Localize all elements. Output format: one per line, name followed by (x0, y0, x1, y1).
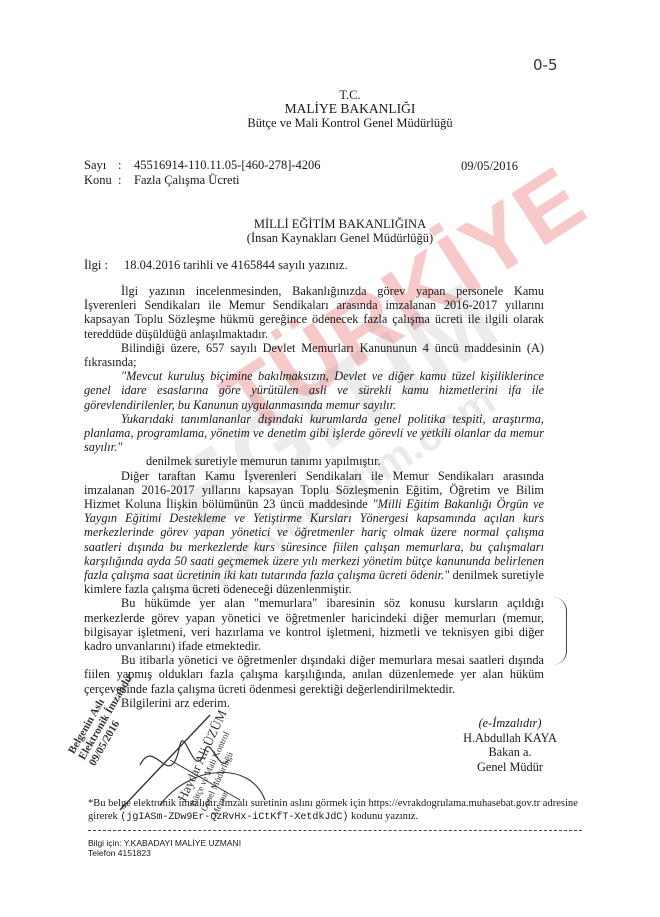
signer-name: H.Abdullah KAYA (440, 731, 580, 746)
letterhead-ministry: MALİYE BAKANLIĞI (200, 102, 500, 116)
sayi-value: 45516914-110.11.05-[460-278]-4206 (134, 158, 321, 173)
contact-phone: Telefon 4151823 (88, 848, 241, 858)
verification-footnote: *Bu belge elektronik imzalıdır. İmzalı s… (88, 797, 588, 824)
signer-title-1: Bakan a. (440, 745, 580, 760)
reference-value: 18.04.2016 tarihli ve 4165844 sayılı yaz… (124, 258, 348, 273)
signature-block: (e-İmzalıdır) H.Abdullah KAYA Bakan a. G… (440, 716, 580, 774)
paragraph-6: Bu itibarla yönetici ve öğretmenler dışı… (84, 653, 544, 696)
sayi-row: Sayı : 45516914-110.11.05-[460-278]-4206 (84, 158, 321, 173)
paragraph-2: Bilindiği üzere, 657 sayılı Devlet Memur… (84, 341, 544, 369)
addressee: MİLLİ EĞİTİM BAKANLIĞINA (İnsan Kaynakla… (150, 217, 530, 245)
quote-1: "Mevcut kuruluş biçimine bakılmaksızın, … (84, 369, 544, 412)
document-meta: Sayı : 45516914-110.11.05-[460-278]-4206… (84, 158, 321, 188)
letterhead-tc: T.C. (200, 88, 500, 102)
handwritten-note: 0-5 (533, 56, 558, 74)
esign-note: (e-İmzalıdır) (440, 716, 580, 731)
reference-label: İlgi : (84, 258, 124, 273)
signer-title-2: Genel Müdür (440, 760, 580, 775)
letterhead-directorate: Bütçe ve Mali Kontrol Genel Müdürlüğü (200, 116, 500, 130)
sayi-label: Sayı (84, 158, 118, 173)
konu-separator: : (118, 173, 134, 188)
paragraph-3: denilmek suretiyle memurun tanımı yapılm… (84, 454, 544, 468)
paragraph-1: İlgi yazının incelenmesinden, Bakanlığın… (84, 284, 544, 341)
footnote-suffix: kodunu yazınız. (348, 811, 418, 822)
konu-value: Fazla Çalışma Ücreti (134, 173, 240, 188)
quote-2: Yukarıdaki tanımlananlar dışındaki kurum… (84, 412, 544, 455)
paragraph-5: Bu hükümde yer alan "memurlara" ibaresin… (84, 596, 544, 653)
contact-person: Bilgi için: Y.KABADAYI MALİYE UZMANI (88, 838, 241, 848)
konu-row: Konu : Fazla Çalışma Ücreti (84, 173, 321, 188)
sayi-separator: : (118, 158, 134, 173)
margin-brace-mark (548, 597, 567, 665)
document-date: 09/05/2016 (461, 159, 518, 174)
addressee-department: (İnsan Kaynakları Genel Müdürlüğü) (150, 231, 530, 245)
letterhead: T.C. MALİYE BAKANLIĞI Bütçe ve Mali Kont… (200, 88, 500, 130)
contact-info: Bilgi için: Y.KABADAYI MALİYE UZMANI Tel… (88, 838, 241, 858)
verification-code: (jgIASm-ZDw9Er-QzRvHx-iCtKfT-XetdkJdC) (120, 812, 348, 823)
reference-line: İlgi : 18.04.2016 tarihli ve 4165844 say… (84, 258, 348, 273)
footer-divider (88, 830, 582, 831)
letter-body: İlgi yazının incelenmesinden, Bakanlığın… (84, 284, 544, 710)
addressee-ministry: MİLLİ EĞİTİM BAKANLIĞINA (150, 217, 530, 231)
konu-label: Konu (84, 173, 118, 188)
document-page: TÜRKİYE EĞİTİM turkiyeegitim.com 0-5 T.C… (0, 0, 660, 917)
paragraph-4: Diğer taraftan Kamu İşverenleri Sendikal… (84, 469, 544, 597)
